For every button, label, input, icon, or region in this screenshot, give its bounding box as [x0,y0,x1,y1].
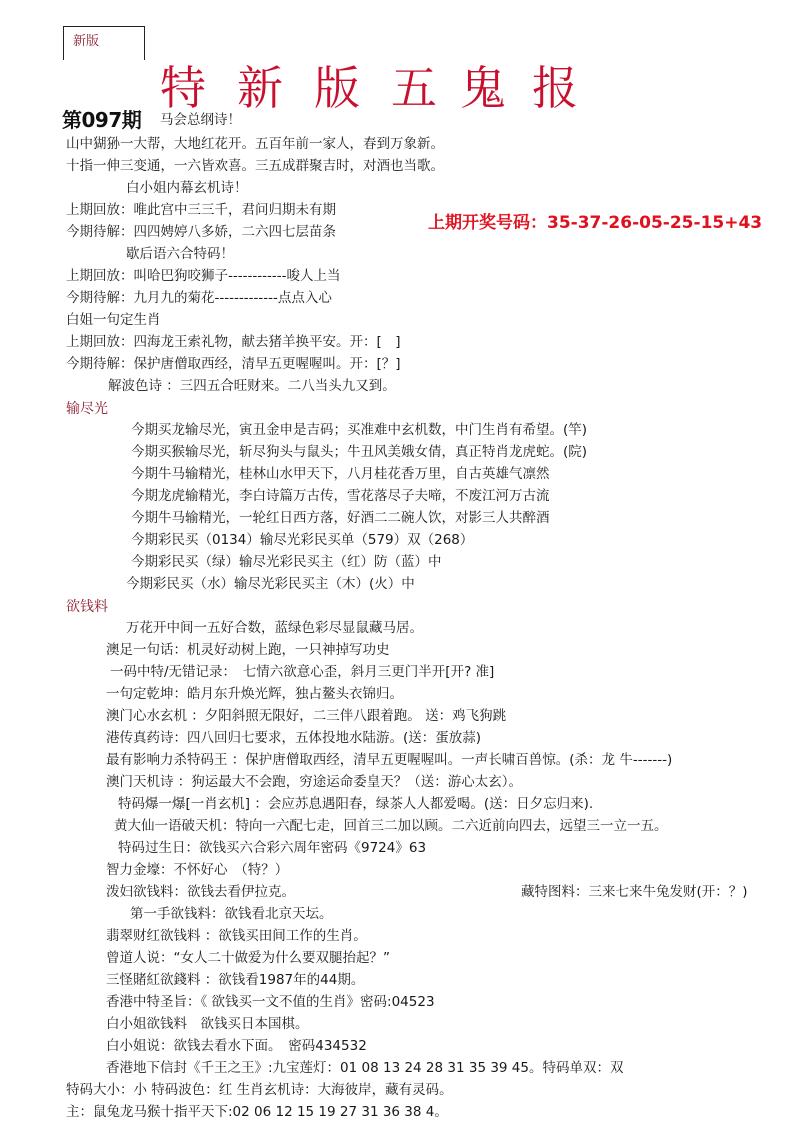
want-money-line: 特码过生日：欲钱买六合彩六周年密码《9724》63 [118,838,426,858]
lose-all-line: 今期彩民买（水）输尽光彩民买主（木）(火）中 [126,574,415,594]
section-heading-lose-all: 输尽光 [66,398,108,418]
want-money-line: 澳门心水玄机 ：夕阳斜照无限好，二三伴八跟着跑。 送：鸡飞狗跳 [106,706,506,726]
hidden-pic-line: 藏特图料：三来七来牛兔发财(开：？) [521,882,748,902]
want-money-line: 智力金壕：不怀好心 （特？） [106,860,288,880]
want-money-line: 三怪賭紅欲錢料 ：欲钱看1987年的44期。 [106,970,364,990]
want-money-line: 澳门天机诗 ：狗运最大不会跑，穷途运命委皇天？（送：游心太玄）。 [106,772,522,792]
lose-all-line: 今期买龙输尽光，寅丑金申是吉码；买准难中玄机数，中门生肖有希望。(竿) [131,420,587,440]
mystery-line: 上期回放：唯此宫中三三千，君问归期未有期 [66,200,393,220]
mystery-line: 今期待解：四四娉婷八多娇，二六四七层苗条 [66,222,393,242]
want-money-line: 澳足一句话：机灵好动树上跑，一只神掉写功史 [106,640,390,660]
wave-poem: 解波色诗 ：三四五合旺财来。二八当头九又到。 [108,376,396,396]
lose-all-line: 今期牛马输精光，桂林山水甲天下，八月桂花香万里，自古英雄气凛然 [131,464,550,484]
section-heading-xiehouyu: 歇后语六合特码！ [126,244,234,264]
section-heading-mystery: 白小姐内幕玄机诗！ [126,178,248,198]
section-heading-want-money: 欲钱料 [66,596,108,616]
want-money-line: 翡翠财红欲钱料 ：欲钱买田间工作的生肖。 [106,926,367,946]
title-char-4: 五 [391,52,437,118]
want-money-line: 曾道人说：“女人二十做爱为什么要双腿抬起？” [106,948,390,968]
poem-line: 十指一伸三变通，一六皆欢喜。三五成群聚吉时，对酒也当歌。 [66,156,444,176]
lose-all-line: 今期买猴输尽光，斩尽狗头与鼠头；牛丑风美娥女倩，真正特肖龙虎蛇。(院) [131,442,587,462]
lose-all-line: 今期彩民买（0134）输尽光彩民买单（579）双（268） [131,530,473,550]
want-money-line: 黄大仙一语破天机：特向一六配七走，回首三二加以顾。二六近前向四去，远望三一立一五… [114,816,668,836]
want-money-line: 港传真药诗：四八回归七要求，五体投地水陆游。(送：蛋放蒜) [106,728,481,748]
title-char-1: 特 [160,52,206,118]
last-draw-numbers: 上期开奖号码：35-37-26-05-25-15+43 [428,208,762,233]
lose-all-line: 今期龙虎输精光，李白诗篇万古传，雪花落尽子夫啼，不废江河万古流 [131,486,550,506]
want-money-line: 白小姐欲钱料 欲钱买日本国棋。 [106,1014,309,1034]
zodiac-line: 今期待解：保护唐僧取西经，清早五更喔喔叫。开：[？] [66,354,401,374]
want-money-line: 主：鼠兔龙马猴十指平天下:02 06 12 15 19 27 31 36 38 … [66,1102,448,1122]
want-money-line: 特码大小：小 特码波色：红 生肖玄机诗：大海彼岸，藏有灵码。 [66,1080,453,1100]
want-money-line: 特码爆一爆[一肖玄机] ：会应苏息遇阳春，绿茶人人都爱喝。(送：日夕忘归来). [118,794,593,814]
issue-number: 第097期 [62,104,141,133]
title-char-6: 报 [532,52,578,118]
title-char-2: 新 [237,52,283,118]
xiehouyu-line: 今期待解：九月九的菊花-------------点点入心 [66,288,332,308]
want-money-line: 最有影响力杀特码王 ：保护唐僧取西经，清早五更喔喔叫。一声长啸百兽惊。(杀：龙 … [106,750,672,770]
want-money-line: 第一手欲钱料：欲钱看北京天坛。 [130,904,333,924]
want-money-line: 香港地下信封《千王之王》:九宝莲灯：01 08 13 24 28 31 35 3… [106,1058,623,1078]
title-char-3: 版 [314,52,360,118]
want-money-line: 白小姐说：欲钱去看水下面。 密码434532 [106,1036,367,1056]
want-money-line: 一句定乾坤：皓月东升焕光辉，独占鳌头衣锦归。 [106,684,403,704]
want-money-line: 香港中特圣旨：《 欲钱买一文不值的生肖》密码:04523 [106,992,435,1012]
want-money-line: 万花开中间一五好合数，蓝绿色彩尽显鼠藏马居。 [126,618,423,638]
want-money-line: 泼妇欲钱料：欲钱去看伊拉克。 [106,882,295,902]
lose-all-line: 今期牛马输精光，一轮红日西方落，好酒二二碗人饮，对影三人共醉酒 [131,508,550,528]
section-heading-poem: 马会总纲诗！ [160,110,241,130]
title-char-5: 鬼 [460,52,506,118]
zodiac-line: 上期回放：四海龙王索礼物，献去猪羊换平安。开：[ ] [66,332,401,352]
poem-line: 山中猢狲一大帮，大地红花开。五百年前一家人，春到万象新。 [66,134,444,154]
want-money-line: 一码中特/无错记录： 七情六欲意心歪，斜月三更门半开[开? 准] [110,662,494,682]
lose-all-line: 今期彩民买（绿）输尽光彩民买主（红）防（蓝）中 [131,552,442,572]
edition-badge: 新版 [73,30,99,49]
section-heading-zodiac: 白姐一句定生肖 [66,310,161,330]
xiehouyu-line: 上期回放：叫哈巴狗咬狮子------------唆人上当 [66,266,340,286]
